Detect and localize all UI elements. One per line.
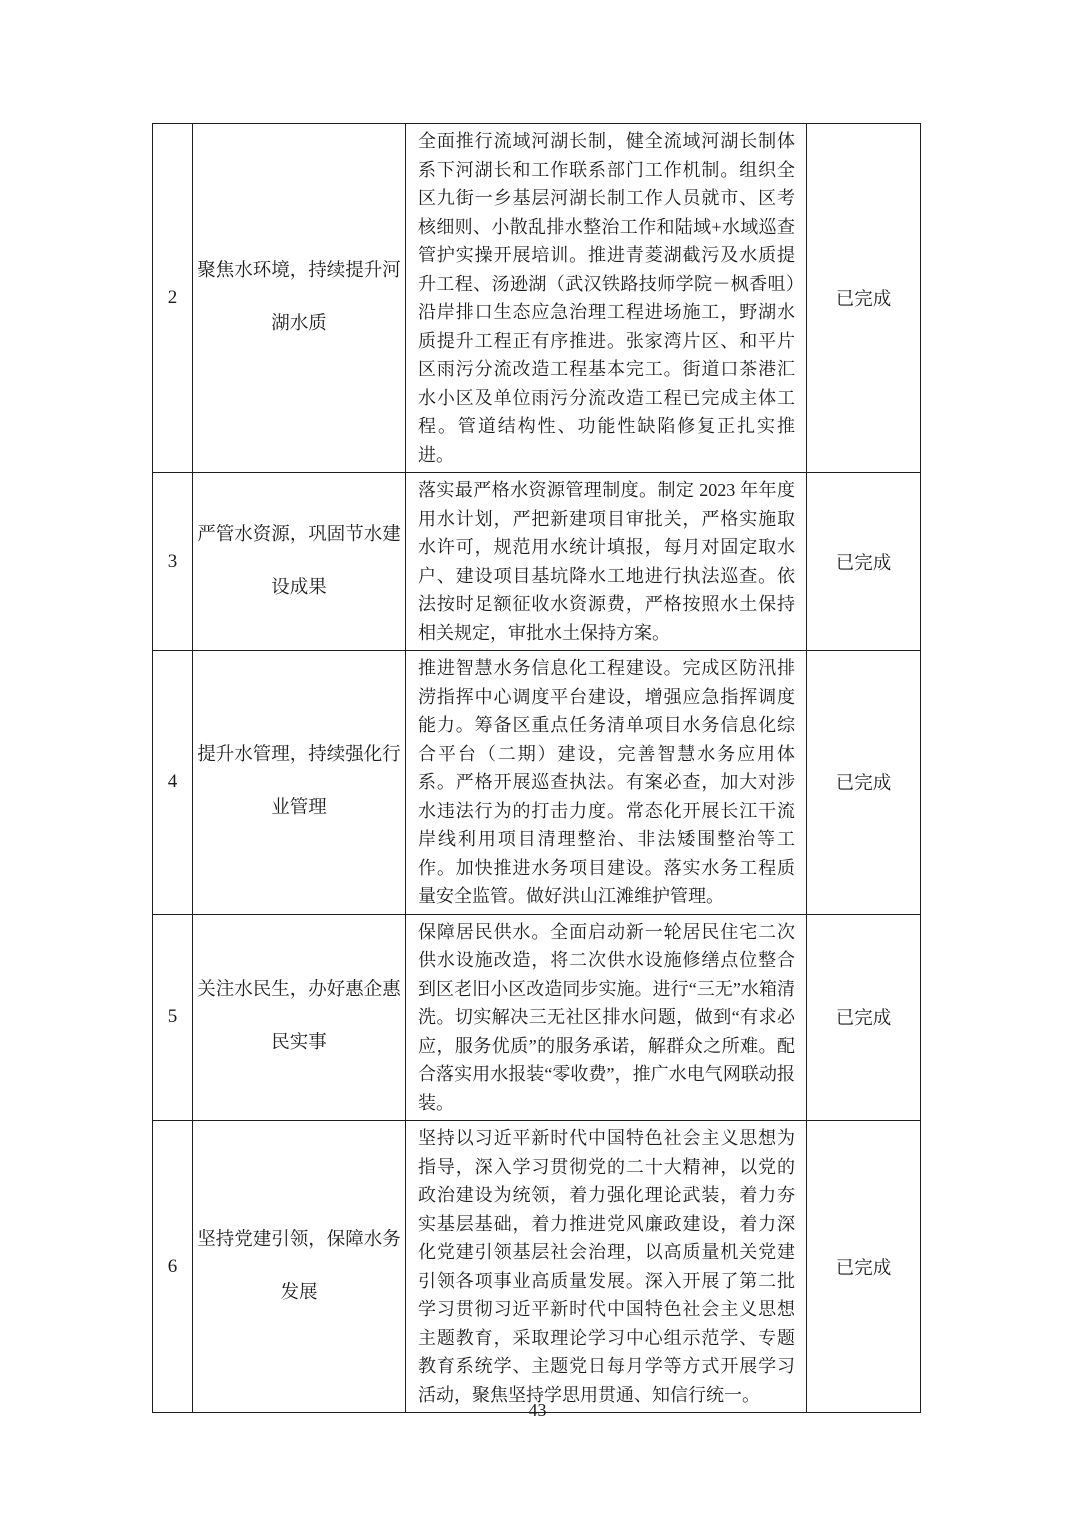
task-status-table: 2 聚焦水环境，持续提升河湖水质 全面推行流域河湖长制，健全流域河湖长制体系下河…	[152, 123, 921, 1413]
task-status: 已完成	[807, 124, 921, 473]
task-status: 已完成	[807, 651, 921, 915]
task-title: 严管水资源，巩固节水建设成果	[193, 473, 406, 651]
row-number: 2	[153, 124, 193, 473]
task-status: 已完成	[807, 914, 921, 1121]
table-row: 2 聚焦水环境，持续提升河湖水质 全面推行流域河湖长制，健全流域河湖长制体系下河…	[153, 124, 921, 473]
task-title: 坚持党建引领，保障水务发展	[193, 1121, 406, 1413]
document-page: 2 聚焦水环境，持续提升河湖水质 全面推行流域河湖长制，健全流域河湖长制体系下河…	[0, 0, 1075, 1520]
row-number: 5	[153, 914, 193, 1121]
row-number: 6	[153, 1121, 193, 1413]
task-description: 推进智慧水务信息化工程建设。完成区防汛排涝指挥中心调度平台建设，增强应急指挥调度…	[406, 651, 807, 915]
row-number: 3	[153, 473, 193, 651]
table-row: 5 关注水民生，办好惠企惠民实事 保障居民供水。全面启动新一轮居民住宅二次供水设…	[153, 914, 921, 1121]
task-description: 落实最严格水资源管理制度。制定 2023 年年度用水计划，严把新建项目审批关，严…	[406, 473, 807, 651]
task-title: 聚焦水环境，持续提升河湖水质	[193, 124, 406, 473]
table-row: 6 坚持党建引领，保障水务发展 坚持以习近平新时代中国特色社会主义思想为指导，深…	[153, 1121, 921, 1413]
task-description: 保障居民供水。全面启动新一轮居民住宅二次供水设施改造，将二次供水设施修缮点位整合…	[406, 914, 807, 1121]
task-title: 关注水民生，办好惠企惠民实事	[193, 914, 406, 1121]
task-description: 坚持以习近平新时代中国特色社会主义思想为指导，深入学习贯彻党的二十大精神，以党的…	[406, 1121, 807, 1413]
task-status: 已完成	[807, 1121, 921, 1413]
table-row: 4 提升水管理，持续强化行业管理 推进智慧水务信息化工程建设。完成区防汛排涝指挥…	[153, 651, 921, 915]
task-title: 提升水管理，持续强化行业管理	[193, 651, 406, 915]
task-description: 全面推行流域河湖长制，健全流域河湖长制体系下河湖长和工作联系部门工作机制。组织全…	[406, 124, 807, 473]
row-number: 4	[153, 651, 193, 915]
task-status: 已完成	[807, 473, 921, 651]
table-row: 3 严管水资源，巩固节水建设成果 落实最严格水资源管理制度。制定 2023 年年…	[153, 473, 921, 651]
page-number: 43	[0, 1400, 1075, 1421]
